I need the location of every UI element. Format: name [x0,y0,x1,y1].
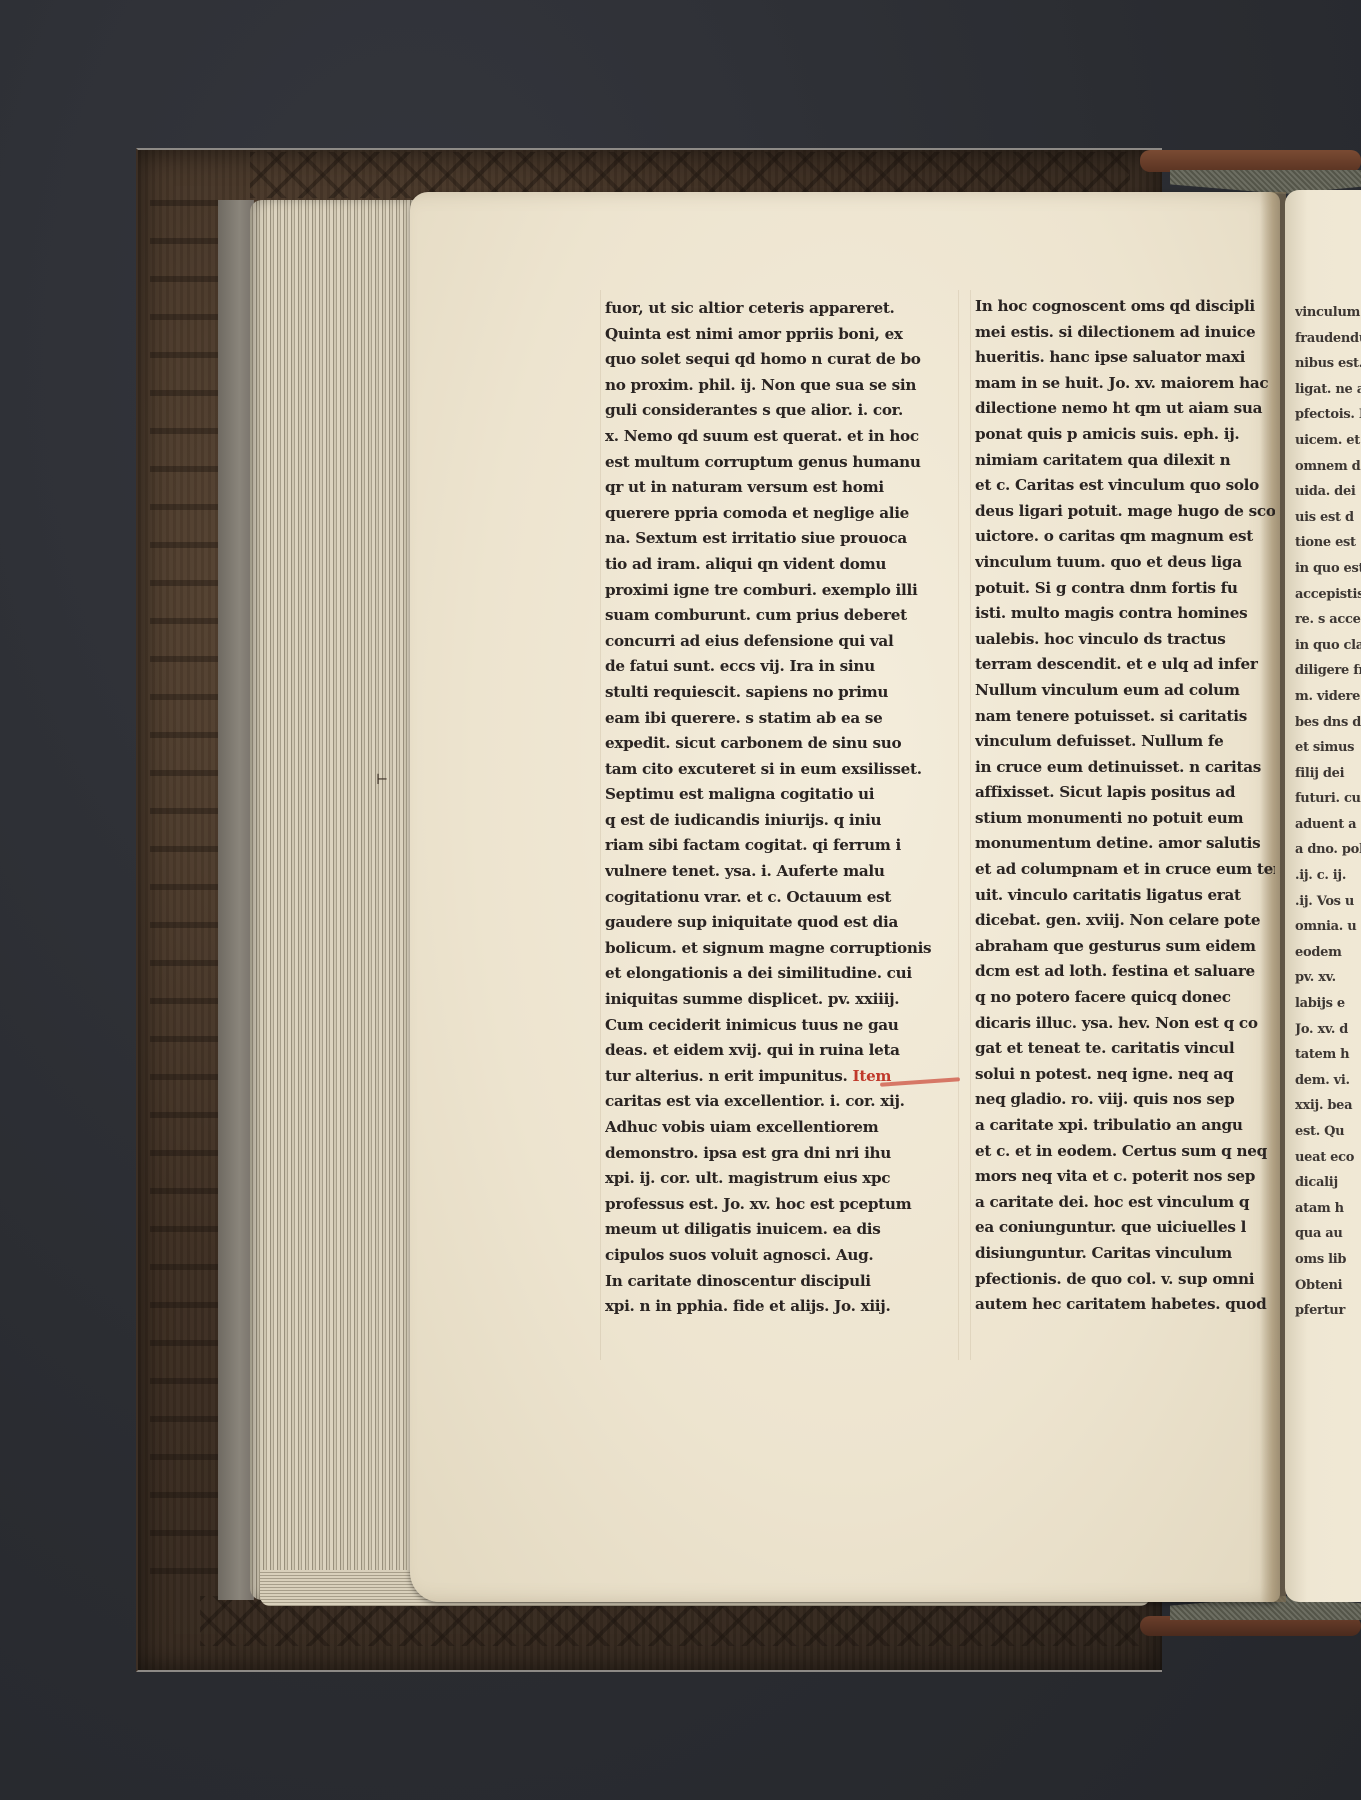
manuscript-line: pv. xv. [1295,965,1361,991]
text-block-fore-edge [250,200,420,1600]
manuscript-line: x. Nemo qd suum est querat. et in hoc [605,424,955,450]
manuscript-line: est multum corruptum genus humanu [605,450,955,476]
manuscript-line: vulnere tenet. ysa. i. Auferte malu [605,859,955,885]
manuscript-line: abraham que gesturus sum eidem [975,934,1275,960]
manuscript-line: a dno. pol [1295,837,1361,863]
manuscript-line: xxij. bea [1295,1093,1361,1119]
text-column-left: fuor, ut sic altior ceteris appareret.Qu… [605,296,955,1320]
manuscript-line: ea coniunguntur. que uiciuelles l [975,1215,1275,1241]
manuscript-line: mors neq vita et c. poterit nos sep [975,1164,1275,1190]
manuscript-line: nibus est. II [1295,351,1361,377]
manuscript-line: solui n potest. neq igne. neq aq [975,1062,1275,1088]
manuscript-line: aduent a [1295,812,1361,838]
manuscript-line: mam in se huit. Jo. xv. maiorem hac [975,371,1275,397]
manuscript-line: nam tenere potuisset. si caritatis [975,704,1275,730]
manuscript-line: q est de iudicandis iniurijs. q iniu [605,808,955,834]
manuscript-line: gaudere sup iniquitate quod est dia [605,910,955,936]
manuscript-line: qr ut in naturam versum est homi [605,475,955,501]
manuscript-line: dilectione nemo ht qm ut aiam sua [975,396,1275,422]
manuscript-line: nimiam caritatem qua dilexit n [975,448,1275,474]
manuscript-line: et ad columpnam et in cruce eum ten [975,857,1275,883]
manuscript-line: re. s acce [1295,607,1361,633]
ruling-line [970,290,971,1360]
manuscript-line: stulti requiescit. sapiens no primu [605,680,955,706]
manuscript-line: ualebis. hoc vinculo ds tractus [975,627,1275,653]
manuscript-line: dcm est ad loth. festina et saluare [975,959,1275,985]
manuscript-line: q no potero facere quicq donec [975,985,1275,1011]
ruling-line [958,290,959,1360]
manuscript-line: ligat. ne a [1295,377,1361,403]
manuscript-line: quo solet sequi qd homo n curat de bo [605,347,955,373]
manuscript-line: monumentum detine. amor salutis [975,831,1275,857]
manuscript-line: Jo. xv. d [1295,1017,1361,1043]
manuscript-line: m. videre [1295,684,1361,710]
text-column-recto-fragment: vinculumfraudendumnibus est. IIligat. ne… [1295,300,1361,1324]
manuscript-line: tam cito excuteret si in eum exsilisset. [605,757,955,783]
manuscript-line: a caritate xpi. tribulatio an angu [975,1113,1275,1139]
manuscript-line: In hoc cognoscent oms qd discipli [975,294,1275,320]
manuscript-line: demonstro. ipsa est gra dni nri ihu [605,1141,955,1167]
manuscript-line: accepistis [1295,582,1361,608]
blind-tooled-border-left [150,200,220,1590]
manuscript-line: uida. dei [1295,479,1361,505]
manuscript-line: concurri ad eius defensione qui val [605,629,955,655]
manuscript-line: deus ligari potuit. mage hugo de sco [975,499,1275,525]
manuscript-line: est. Qu [1295,1119,1361,1145]
manuscript-line: uis est d [1295,505,1361,531]
manuscript-line: pfectois. N [1295,402,1361,428]
manuscript-line: suam comburunt. cum prius deberet [605,603,955,629]
manuscript-line: Obteni [1295,1273,1361,1299]
manuscript-line: a caritate dei. hoc est vinculum q [975,1190,1275,1216]
manuscript-line: ueat eco [1295,1145,1361,1171]
manuscript-line: dem. vi. [1295,1068,1361,1094]
manuscript-line: affixisset. Sicut lapis positus ad [975,780,1275,806]
manuscript-line: iniquitas summe displicet. pv. xxiiij. [605,987,955,1013]
manuscript-line: riam sibi factam cogitat. qi ferrum i [605,833,955,859]
headband-top [1140,150,1361,172]
manuscript-line: labijs e [1295,991,1361,1017]
manuscript-line: ponat quis p amicis suis. eph. ij. [975,422,1275,448]
manuscript-line: et simus [1295,735,1361,761]
pastedown-turn-in [218,200,254,1600]
manuscript-line: Adhuc vobis uiam excellentiorem [605,1115,955,1141]
manuscript-line: .ij. Vos u [1295,889,1361,915]
manuscript-line: bes dns d [1295,710,1361,736]
manuscript-line: bolicum. et signum magne corruptionis [605,936,955,962]
manuscript-line: in quo est [1295,556,1361,582]
manuscript-line: .ij. c. ij. [1295,863,1361,889]
manuscript-line: dicalij [1295,1170,1361,1196]
manuscript-line: uicem. et [1295,428,1361,454]
manuscript-line: omnem d [1295,454,1361,480]
manuscript-line: cogitationu vrar. et c. Octauum est [605,885,955,911]
manuscript-line: de fatui sunt. eccs vij. Ira in sinu [605,654,955,680]
manuscript-line: tur alterius. n erit impunitus. Item [605,1064,955,1090]
manuscript-line: in cruce eum detinuisset. n caritas [975,755,1275,781]
manuscript-line: diligere fr [1295,658,1361,684]
manuscript-line: tio ad iram. aliqui qn vident domu [605,552,955,578]
manuscript-line: proximi igne tre comburi. exemplo illi [605,578,955,604]
manuscript-line: Nullum vinculum eum ad colum [975,678,1275,704]
manuscript-line: In caritate dinoscentur discipuli [605,1269,955,1295]
manuscript-line: hueritis. hanc ipse saluator maxi [975,345,1275,371]
manuscript-line: na. Sextum est irritatio siue prouoca [605,526,955,552]
manuscript-line: eodem [1295,940,1361,966]
manuscript-line: meum ut diligatis inuicem. ea dis [605,1217,955,1243]
manuscript-line: dicebat. gen. xviij. Non celare pote [975,908,1275,934]
manuscript-line: in quo cla [1295,633,1361,659]
manuscript-line: Quinta est nimi amor ppriis boni, ex [605,322,955,348]
manuscript-line: autem hec caritatem habetes. quod [975,1292,1275,1318]
manuscript-line: filij dei [1295,761,1361,787]
manuscript-line: professus est. Jo. xv. hoc est pceptum [605,1192,955,1218]
manuscript-line: vinculum defuisset. Nullum fe [975,729,1275,755]
manuscript-line: vinculum [1295,300,1361,326]
manuscript-line: vinculum tuum. quo et deus liga [975,550,1275,576]
manuscript-line: qua au [1295,1221,1361,1247]
ruling-line [600,290,601,1360]
manuscript-line: deas. et eidem xvij. qui in ruina leta [605,1038,955,1064]
text-column-right: In hoc cognoscent oms qd disciplimei est… [975,294,1275,1318]
manuscript-line: et c. Caritas est vinculum quo solo [975,473,1275,499]
manuscript-line: uit. vinculo caritatis ligatus erat [975,883,1275,909]
manuscript-line: uictore. o caritas qm magnum est [975,524,1275,550]
manuscript-line: querere ppria comoda et neglige alie [605,501,955,527]
manuscript-line: neq gladio. ro. viij. quis nos sep [975,1087,1275,1113]
manuscript-line: tione est [1295,530,1361,556]
manuscript-line: caritas est via excellentior. i. cor. xi… [605,1089,955,1115]
manuscript-line: eam ibi querere. s statim ab ea se [605,706,955,732]
manuscript-line: isti. multo magis contra homines [975,601,1275,627]
quire-mark: ⊢ [376,772,388,788]
manuscript-line: guli considerantes s que alior. i. cor. [605,398,955,424]
manuscript-line: xpi. n in pphia. fide et alijs. Jo. xiij… [605,1294,955,1320]
manuscript-line: tatem h [1295,1042,1361,1068]
manuscript-line: omnia. u [1295,914,1361,940]
manuscript-line: et elongationis a dei similitudine. cui [605,961,955,987]
manuscript-line: et c. et in eodem. Certus sum q neq [975,1139,1275,1165]
manuscript-line: pfectionis. de quo col. v. sup omni [975,1267,1275,1293]
manuscript-line: fraudendum [1295,326,1361,352]
manuscript-line: dicaris illuc. ysa. hev. Non est q co [975,1011,1275,1037]
manuscript-line: pfertur [1295,1298,1361,1324]
manuscript-line: atam h [1295,1196,1361,1222]
manuscript-line: stium monumenti no potuit eum [975,806,1275,832]
manuscript-line: no proxim. phil. ij. Non que sua se sin [605,373,955,399]
manuscript-line: xpi. ij. cor. ult. magistrum eius xpc [605,1166,955,1192]
manuscript-line: cipulos suos voluit agnosci. Aug. [605,1243,955,1269]
manuscript-line: terram descendit. et e ulq ad infer [975,652,1275,678]
manuscript-line: expedit. sicut carbonem de sinu suo [605,731,955,757]
manuscript-line: potuit. Si g contra dnm fortis fu [975,576,1275,602]
manuscript-line: oms lib [1295,1247,1361,1273]
manuscript-line: futuri. cu [1295,786,1361,812]
manuscript-line: fuor, ut sic altior ceteris appareret. [605,296,955,322]
manuscript-line: mei estis. si dilectionem ad inuice [975,320,1275,346]
manuscript-line: gat et teneat te. caritatis vincul [975,1036,1275,1062]
manuscript-line: Cum ceciderit inimicus tuus ne gau [605,1013,955,1039]
manuscript-line: disiunguntur. Caritas vinculum [975,1241,1275,1267]
manuscript-line: Septimu est maligna cogitatio ui [605,782,955,808]
